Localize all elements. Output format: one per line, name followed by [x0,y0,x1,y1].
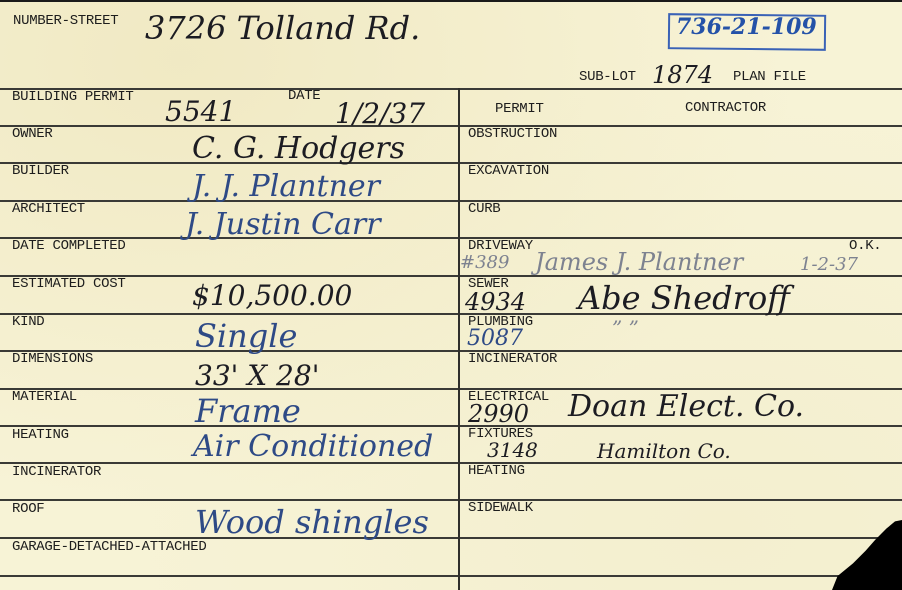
electrical-permit: 2990 [468,402,529,426]
torn-corner [832,520,902,590]
curb-label: CURB [468,202,500,216]
number-street-label: NUMBER-STREET [13,14,118,28]
rule-line [459,88,902,90]
excavation-label: EXCAVATION [468,164,549,178]
owner-value: C. G. Hodgers [192,134,405,164]
sub-lot-label: SUB-LOT [579,70,636,84]
rule-line [0,350,902,352]
kind-value: Single [195,320,297,352]
rule-line [0,275,902,277]
kind-label: KIND [12,315,44,329]
fixtures-contractor: Hamilton Co. [597,441,731,461]
rule-line [0,200,902,202]
building-permit-card: NUMBER-STREET 3726 Tolland Rd. 736-21-10… [0,0,902,590]
fixtures-permit: 3148 [487,440,538,460]
incinerator-right-label: INCINERATOR [468,352,557,366]
material-value: Frame [195,395,301,427]
estimated-cost-value: $10,500.00 [192,282,352,310]
card-top-edge [0,0,902,2]
permit-header: PERMIT [495,102,544,116]
building-permit-label: BUILDING PERMIT [12,90,134,104]
plan-file-label: PLAN FILE [733,70,806,84]
roof-value: Wood shingles [195,506,429,538]
dimensions-label: DIMENSIONS [12,352,93,366]
driveway-label: DRIVEWAY [468,239,533,253]
roof-label: ROOF [12,502,44,516]
heating-value: Air Conditioned [193,432,433,462]
builder-label: BUILDER [12,164,69,178]
date-completed-label: DATE COMPLETED [12,239,125,253]
dimensions-value: 33' X 28' [195,362,319,390]
plumbing-contractor: ” ” [612,318,639,338]
builder-value: J. J. Plantner [192,172,380,202]
obstruction-label: OBSTRUCTION [468,127,557,141]
building-permit-value: 5541 [165,98,236,126]
sewer-permit: 4934 [465,290,526,314]
sub-lot-value: 1874 [652,63,713,87]
sewer-contractor: Abe Shedroff [578,282,790,314]
heating-right-label: HEATING [468,464,525,478]
electrical-contractor: Doan Elect. Co. [568,392,804,422]
driveway-permit: #389 [460,254,509,272]
date-label: DATE [288,89,320,103]
plumbing-permit: 5087 [467,328,523,350]
rule-line [0,162,902,164]
number-street-value: 3726 Tolland Rd. [145,12,420,44]
contractor-header: CONTRACTOR [685,101,766,115]
stamp-number: 736-21-109 [676,16,817,38]
rule-line [0,425,902,427]
garage-label: GARAGE-DETACHED-ATTACHED [12,540,206,554]
driveway-contractor: James J. Plantner [535,250,743,274]
heating-label: HEATING [12,428,69,442]
rule-line [0,462,902,464]
column-divider [458,88,460,590]
rule-line [0,499,902,501]
date-value: 1/2/37 [335,100,425,128]
rule-line [0,575,902,577]
architect-label: ARCHITECT [12,202,85,216]
material-label: MATERIAL [12,390,77,404]
sidewalk-label: SIDEWALK [468,501,533,515]
architect-value: J. Justin Carr [185,210,381,240]
owner-label: OWNER [12,127,53,141]
rule-line [0,237,902,239]
incinerator-label: INCINERATOR [12,465,101,479]
estimated-cost-label: ESTIMATED COST [12,277,125,291]
rule-line [0,125,902,127]
driveway-date: 1-2-37 [800,256,858,274]
driveway-status: O.K. [849,239,881,253]
